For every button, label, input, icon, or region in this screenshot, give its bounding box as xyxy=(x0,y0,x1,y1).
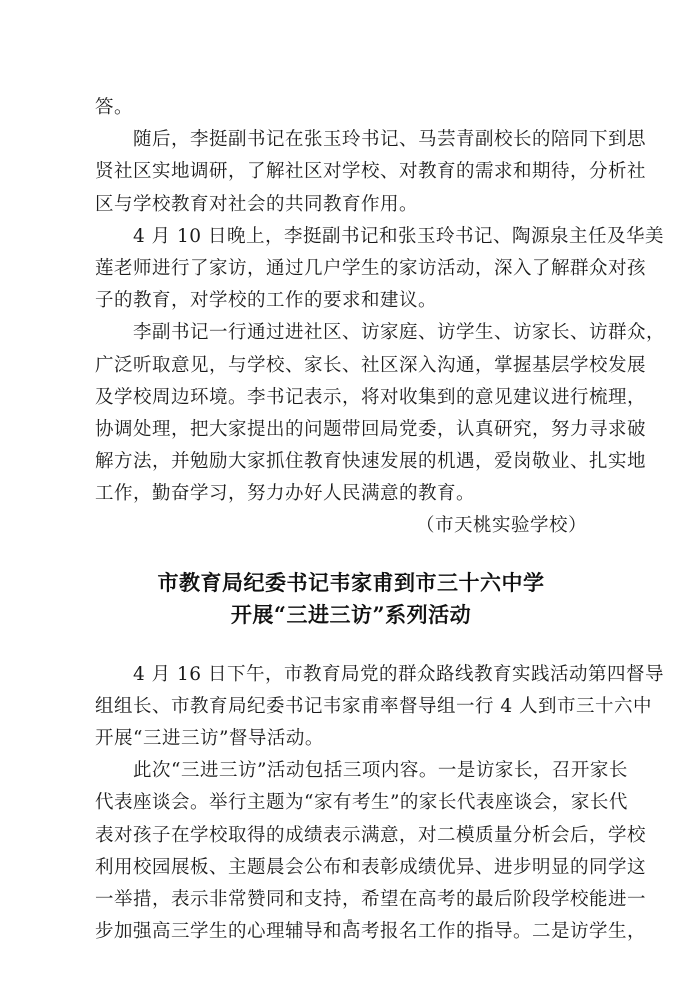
spacer xyxy=(95,543,607,567)
text-line: 协调处理，把大家提出的问题带回局党委，认真研究，努力寻求破 xyxy=(95,414,607,446)
text-line: 随后，李挺副书记在张玉玲书记、马芸青副校长的陪同下到思 xyxy=(95,124,607,156)
text-line: 及学校周边环境。李书记表示，将对收集到的意见建议进行梳理， xyxy=(95,382,607,414)
source-attribution: （市天桃实验学校） xyxy=(95,510,607,542)
text-line: 代表座谈会。举行主题为“家有考生”的家长代表座谈会，家长代 xyxy=(95,787,607,819)
text-line: 莲老师进行了家访，通过几户学生的家访活动，深入了解群众对孩 xyxy=(95,253,607,285)
article-title-line1: 市教育局纪委书记韦家甫到市三十六中学 xyxy=(95,567,607,599)
text-line: 区与学校教育对社会的共同教育作用。 xyxy=(95,189,607,221)
paragraph-community-visit: 随后，李挺副书记在张玉玲书记、马芸青副校长的陪同下到思 贤社区实地调研，了解社区… xyxy=(95,124,607,221)
paragraph-intro: 4 月 16 日下午，市教育局党的群众路线教育实践活动第四督导 组组长、市教育局… xyxy=(95,659,607,756)
page-number: 5 xyxy=(0,916,700,931)
text-line: 利用校园展板、主题晨会公布和表彰成绩优异、进步明显的同学这 xyxy=(95,852,607,884)
spacer xyxy=(95,631,607,659)
text-line: 李副书记一行通过进社区、访家庭、访学生、访家长、访群众， xyxy=(95,317,607,349)
text-line: 广泛听取意见，与学校、家长、社区深入沟通，掌握基层学校发展 xyxy=(95,350,607,382)
paragraph-summary: 李副书记一行通过进社区、访家庭、访学生、访家长、访群众， 广泛听取意见，与学校、… xyxy=(95,317,607,510)
text-line: 答。 xyxy=(95,92,607,124)
text-line: 贤社区实地调研，了解社区对学校、对教育的需求和期待，分析社 xyxy=(95,156,607,188)
document-page: 答。 随后，李挺副书记在张玉玲书记、马芸青副校长的陪同下到思 贤社区实地调研，了… xyxy=(95,92,607,948)
text-line: 组组长、市教育局纪委书记韦家甫率督导组一行 4 人到市三十六中 xyxy=(95,691,607,723)
text-line: 子的教育，对学校的工作的要求和建议。 xyxy=(95,285,607,317)
article-title-line2: 开展“三进三访”系列活动 xyxy=(95,599,607,631)
text-line: 表对孩子在学校取得的成绩表示满意，对二模质量分析会后，学校 xyxy=(95,820,607,852)
text-line: 4 月 10 日晚上，李挺副书记和张玉玲书记、陶源泉主任及华美 xyxy=(95,221,607,253)
text-line: 开展“三进三访”督导活动。 xyxy=(95,723,607,755)
text-line: 工作，勤奋学习，努力办好人民满意的教育。 xyxy=(95,478,607,510)
text-line: 此次“三进三访”活动包括三项内容。一是访家长，召开家长 xyxy=(95,755,607,787)
text-line: 一举措，表示非常赞同和支持，希望在高考的最后阶段学校能进一 xyxy=(95,884,607,916)
paragraph-continuation: 答。 xyxy=(95,92,607,124)
text-line: 解方法，并勉励大家抓住教育快速发展的机遇，爱岗敬业、扎实地 xyxy=(95,446,607,478)
text-line: 4 月 16 日下午，市教育局党的群众路线教育实践活动第四督导 xyxy=(95,659,607,691)
paragraph-home-visit: 4 月 10 日晚上，李挺副书记和张玉玲书记、陶源泉主任及华美 莲老师进行了家访… xyxy=(95,221,607,318)
